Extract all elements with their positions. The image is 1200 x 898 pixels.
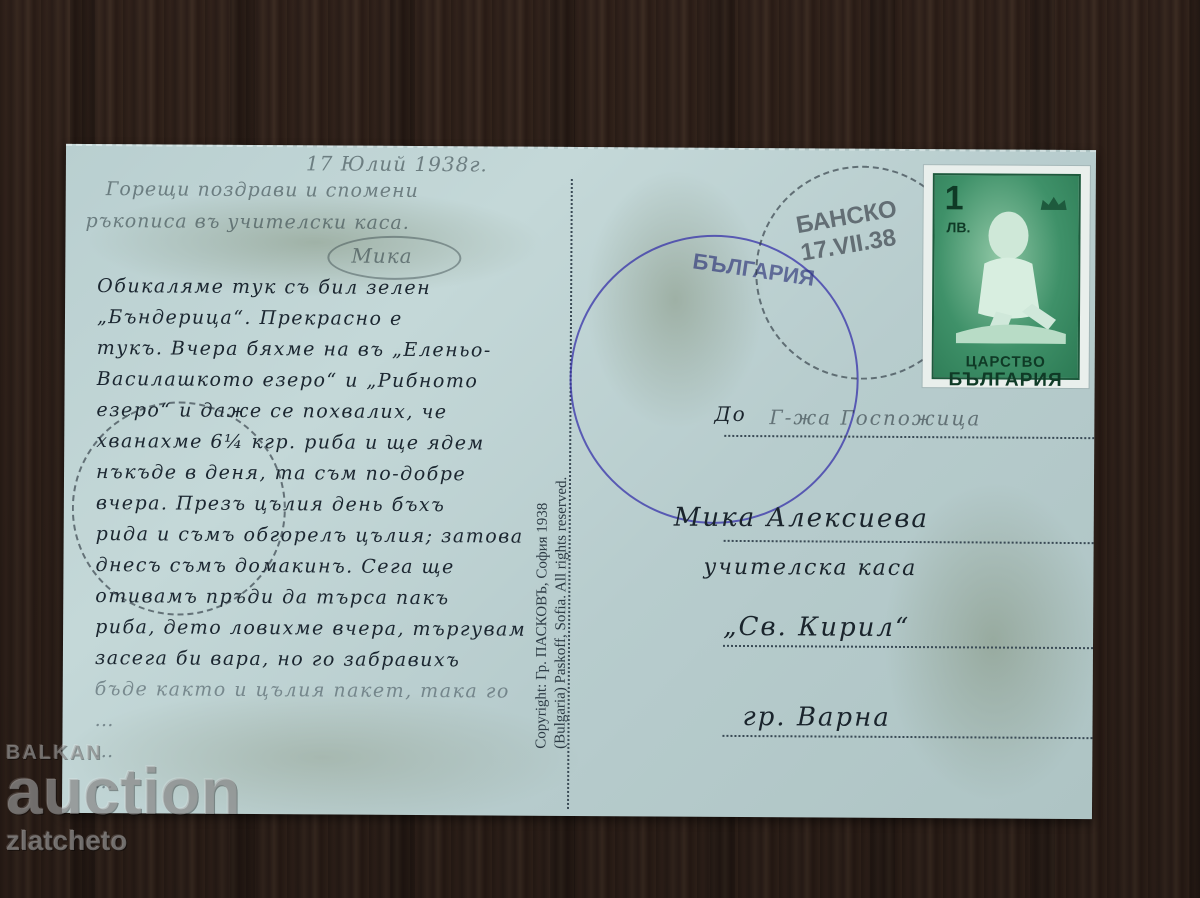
address-line: Мика Алексиева: [674, 503, 929, 535]
stamp-image: 1 ЛВ. ЦАРСТВО БЪЛГАРИЯ: [932, 173, 1081, 380]
postage-stamp: 1 ЛВ. ЦАРСТВО БЪЛГАРИЯ: [923, 165, 1090, 388]
letter-line: Василашкото езеро“ и „Рибното: [97, 364, 567, 398]
letter-line: засега би вара, но го забравихъ: [95, 643, 565, 677]
postcard: 17 Юлий 1938г. Горещи поздрави и спомени…: [62, 144, 1096, 819]
watermark-main: auction: [6, 761, 366, 821]
watermark-bottom: zlatcheto: [6, 825, 366, 857]
top-note-line: Горещи поздрави и спомени: [106, 178, 419, 202]
letter-line: риба, дето ловихме вчера, търгувам: [95, 612, 565, 646]
signature-text: Мика: [351, 244, 412, 268]
letter-line: бъде както и цълия пакет, така го: [95, 674, 565, 708]
date-line: 17 Юлий 1938г.: [306, 151, 488, 176]
stamp-title-line: БЪЛГАРИЯ: [934, 369, 1078, 392]
postmark-left: [71, 401, 286, 616]
letter-line: …: [94, 705, 564, 739]
child-portrait-icon: [956, 203, 1067, 344]
auction-watermark: BALKAN auction zlatcheto: [6, 742, 366, 892]
top-note-line: ръкописа въ учителски каса.: [86, 210, 410, 234]
address-line: „Св. Кирил“: [723, 612, 910, 643]
address-line: гр. Варна: [742, 702, 890, 733]
letter-line: тукъ. Вчера бяхме на въ „Еленьо-: [97, 333, 567, 367]
address-line: учителска каса: [703, 555, 917, 581]
copyright-text: Copyright: Гр. ПАСКОВЪ, София 1938 (Bulg…: [532, 189, 575, 749]
address-line: Г-жа Госпожица: [769, 405, 981, 430]
letter-line: Обикаляме тук съ бил зелен: [97, 271, 567, 305]
address-prefix: До: [714, 402, 746, 426]
copyright-line: (Bulgaria) Paskoff, Sofia. All rights re…: [551, 189, 573, 749]
letter-line: „Бъндерица“. Прекрасно е: [97, 302, 567, 336]
